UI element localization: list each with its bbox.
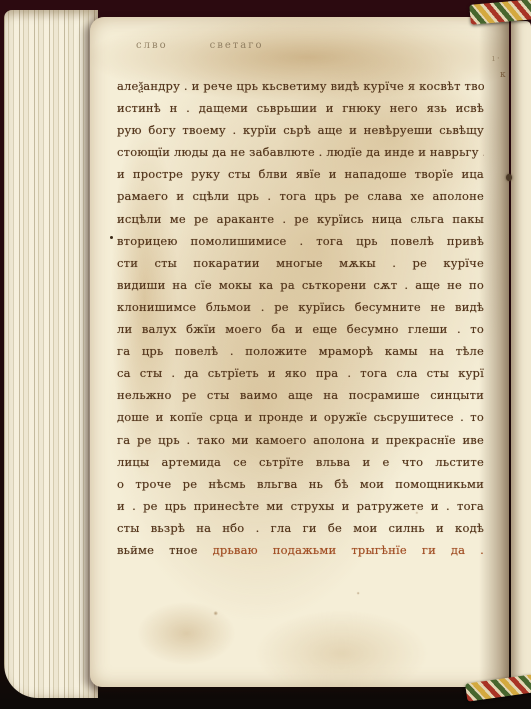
manuscript-line: га црь повелѣ . положите мраморѣ камы на…: [117, 340, 484, 362]
ink-dot: [110, 236, 113, 239]
manuscript-line: клонишимсе бльмои . ре курїись бесумните…: [117, 296, 484, 318]
running-title: слво светаго: [136, 40, 366, 51]
manuscript-line: сти сты покаратии многые мѫкы . ре курїч…: [117, 252, 484, 274]
manuscript-line: алеѯандру . и рече црь кьсветиму видѣ ку…: [117, 75, 484, 97]
manuscript-line: сты вьзрѣ на нбо . гла ги бе мои силнь и…: [117, 517, 484, 539]
manuscript-line: видиши на сїе мокы ка ра сьткорени сѫт .…: [117, 274, 484, 296]
running-title-right: светаго: [210, 40, 264, 51]
final-line-red-ink: дрьваю подажьми трыгѣнїе ги да .: [213, 543, 484, 557]
manuscript-line: и простре руку сты блви явїе и нападоше …: [117, 163, 484, 185]
manuscript-line: га ре црь . тако ми камоего аполона и пр…: [117, 429, 484, 451]
manuscript-line: нельжно ре сты ваимо аще на посрамише си…: [117, 384, 484, 406]
text-block: алеѯандру . и рече црь кьсветиму видѣ ку…: [117, 75, 484, 561]
manuscript-line: рамаего и сцѣли црь . тога црь ре слава …: [117, 185, 484, 207]
manuscript-photo: слво светаго ı· к алеѯандру . и рече црь…: [0, 0, 531, 709]
manuscript-line: ли валух бжїи моего ба и еще бесумно гле…: [117, 318, 484, 340]
margin-mark: к: [500, 70, 506, 80]
manuscript-line: истинѣ н . дащеми сьврьшии и гнюку него …: [117, 97, 484, 119]
manuscript-line-final: вьйме тное дрьваю подажьми трыгѣнїе ги д…: [117, 539, 484, 561]
running-title-left: слво: [136, 40, 168, 51]
manuscript-line: лицы артемида се сьтрїте вльва и е что л…: [117, 451, 484, 473]
handwritten-text-layer: слво светаго ı· к алеѯандру . и рече црь…: [0, 0, 531, 709]
corner-marks: ı·: [492, 54, 502, 64]
manuscript-line: рую богу твоему . курїи сьрѣ аще и невѣр…: [117, 119, 484, 141]
manuscript-line: доше и копїе срца и пронде и оружїе сьср…: [117, 406, 484, 428]
manuscript-line: и . ре црь принесѣте ми струхы и ратруже…: [117, 495, 484, 517]
manuscript-line: стоющїи люды да не забавлюте . людїе да …: [117, 141, 484, 163]
manuscript-line: вторицею помолишимисе . тога црь повелѣ …: [117, 230, 484, 252]
manuscript-line: о троче ре нѣсмь вльгва нь бѣ мои помощн…: [117, 473, 484, 495]
manuscript-line: са сты . да сьтрїеть и яко пра . тога сл…: [117, 362, 484, 384]
manuscript-line: исцѣли ме ре араканте . ре курїись ница …: [117, 208, 484, 230]
final-line-brown-ink: вьйме тное: [117, 543, 198, 557]
